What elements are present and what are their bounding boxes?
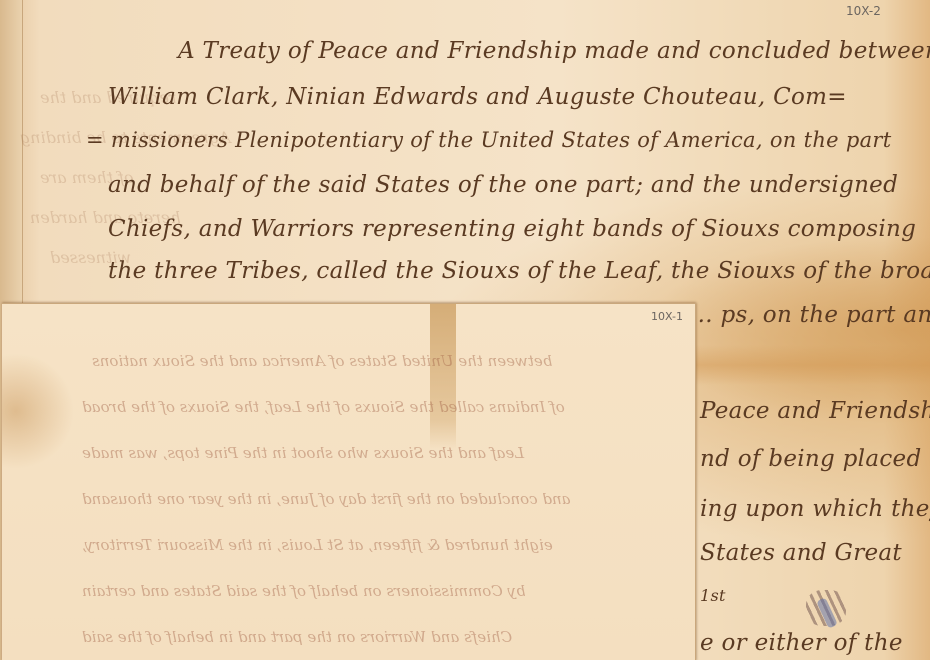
treaty-text-line: ... ps, on the part and [690, 302, 930, 328]
treaty-fragment: ing upon which they [700, 496, 930, 522]
mirrored-text-line: and concluded on the first day of June, … [82, 490, 571, 508]
mirrored-text-line: eight hundred & fifteen, at St Louis, in… [82, 536, 553, 554]
catalog-mark-overlay: 10X-1 [651, 310, 683, 323]
treaty-title-line: A Treaty of Peace and Friendship made an… [178, 38, 930, 64]
treaty-text-line: = missioners Plenipotentiary of the Unit… [86, 128, 891, 152]
treaty-text-line: the three Tribes, called the Siouxs of t… [108, 258, 930, 284]
mirrored-text-line: of Indians called the Siouxs of the Leaf… [82, 398, 565, 416]
mirrored-text-line: Chiefs and Warriors on the part and in b… [82, 628, 512, 646]
mirrored-text-line: by Commissioners on behalf of the said S… [82, 582, 526, 600]
mirrored-text-line: between the United States of America and… [92, 352, 552, 370]
mirrored-text-line: Leaf and the Siouxs who shoot in the Pin… [82, 444, 524, 462]
overlay-sheet: 10X-1 between the United States of Ameri… [2, 303, 696, 660]
treaty-fragment: e or either of the [700, 630, 903, 656]
treaty-fragment: States and Great [700, 540, 902, 566]
treaty-text-line: William Clark, Ninian Edwards and August… [108, 84, 847, 110]
treaty-text-line: and behalf of the said States of the one… [108, 172, 898, 198]
treaty-fragment: 1st [700, 586, 726, 605]
treaty-text-line: Chiefs, and Warriors representing eight … [108, 216, 916, 242]
treaty-fragment: Peace and Friendship [700, 398, 930, 424]
water-stain [690, 345, 930, 385]
catalog-mark-main: 10X-2 [846, 4, 881, 18]
treaty-fragment: nd of being placed in [700, 446, 930, 472]
fold-stain [430, 304, 456, 449]
